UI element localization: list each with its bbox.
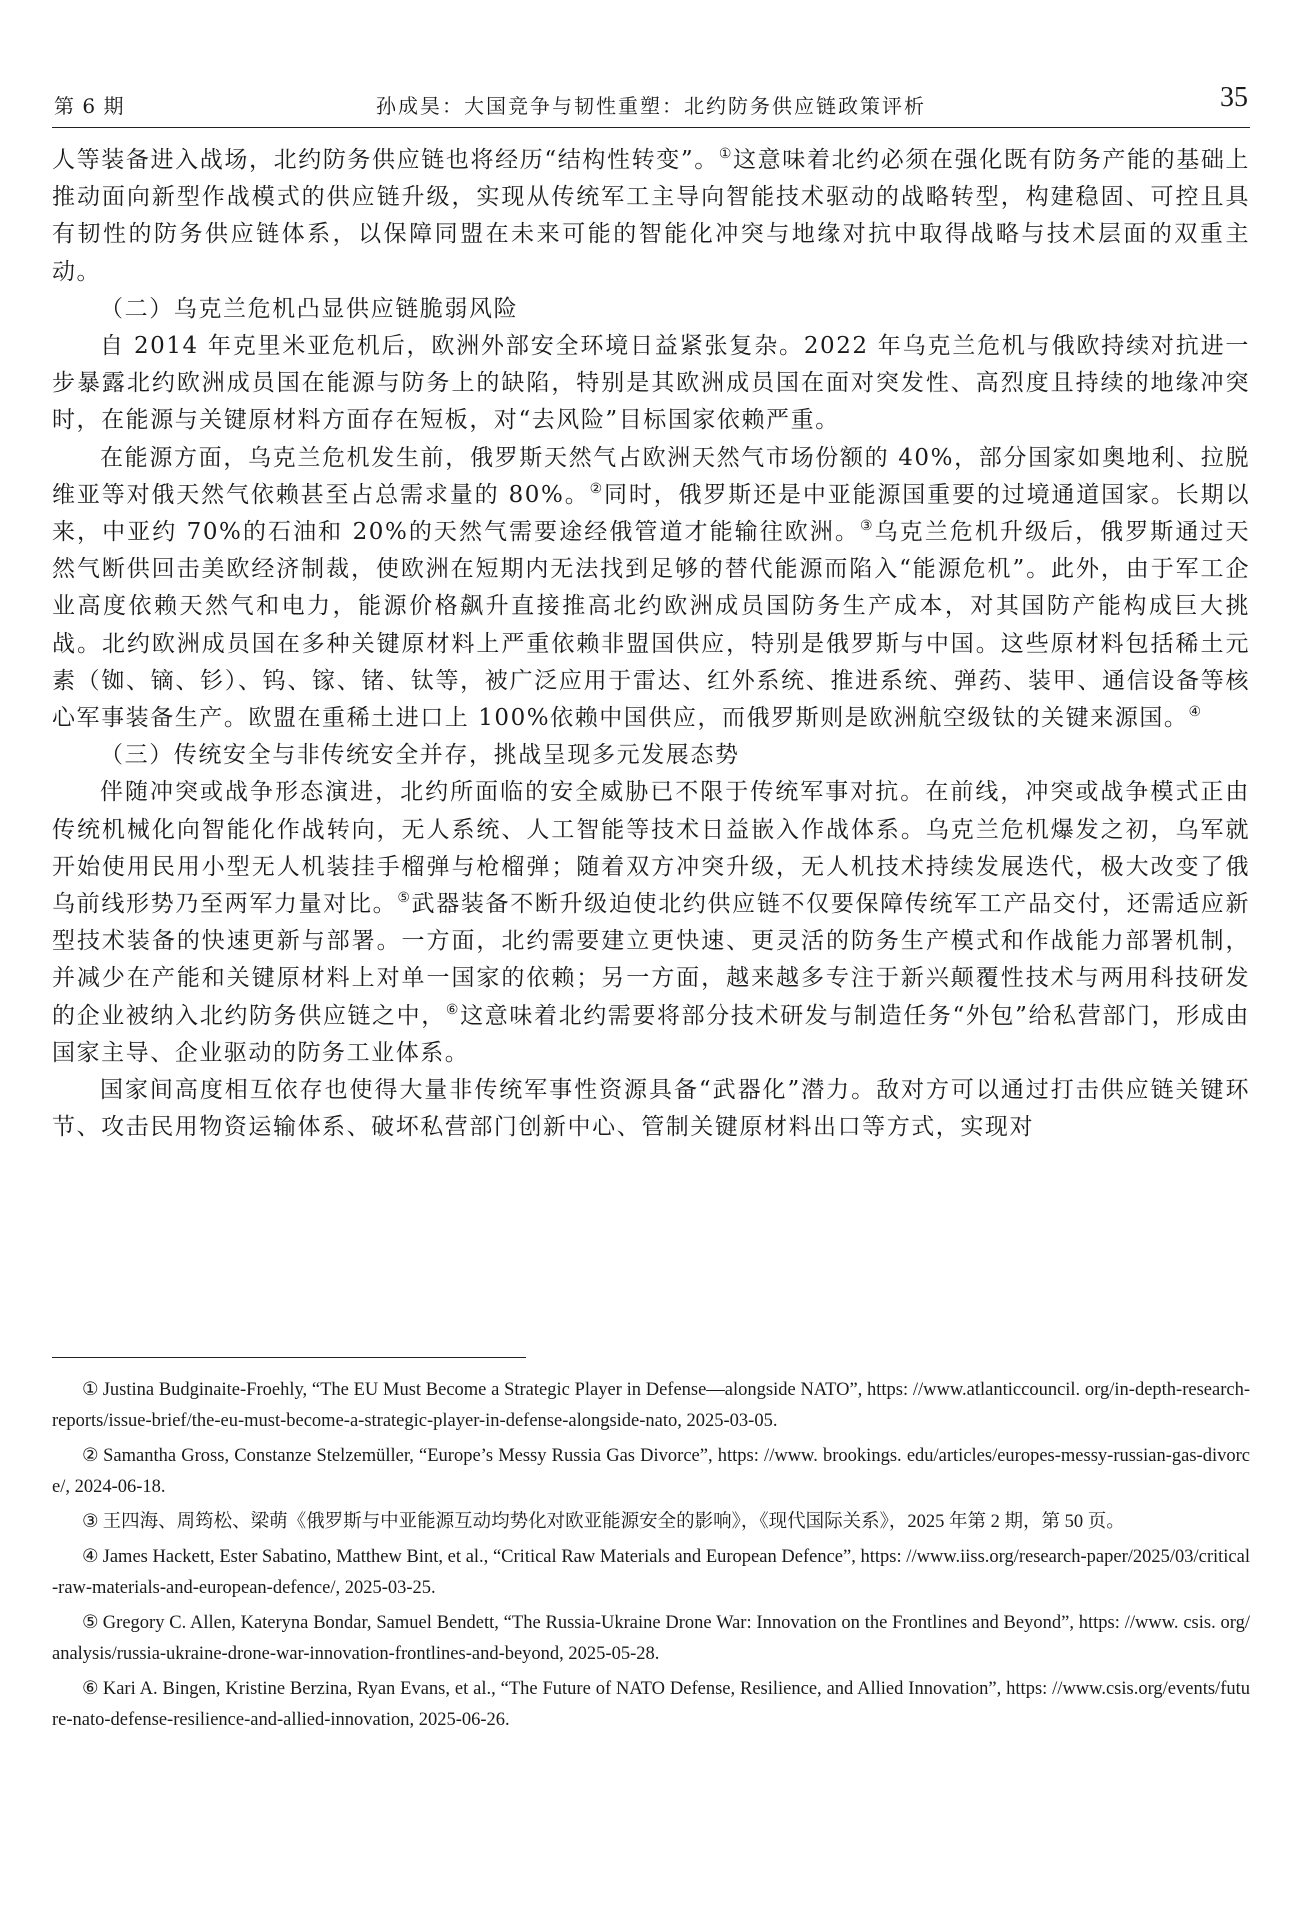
footnote-3: ③王四海、周筠松、梁萌《俄罗斯与中亚能源互动均势化对欧亚能源安全的影响》，《现代… — [52, 1507, 1250, 1538]
running-header: 第 6 期 孙成昊：大国竞争与韧性重塑：北约防务供应链政策评析 35 — [52, 82, 1250, 126]
footnote-ref-1[interactable]: ① — [719, 146, 733, 162]
running-title: 孙成昊：大国竞争与韧性重塑：北约防务供应链政策评析 — [52, 90, 1250, 119]
footnote-ref-5[interactable]: ⑤ — [397, 890, 411, 906]
footnote-ref-3[interactable]: ③ — [860, 518, 875, 534]
footnotes: ①Justina Budginaite-Froehly, “The EU Mus… — [52, 1375, 1250, 1740]
footnote-6: ⑥Kari A. Bingen, Kristine Berzina, Ryan … — [52, 1674, 1250, 1736]
footnote-ref-4[interactable]: ④ — [1188, 704, 1202, 720]
paragraph-interdependence: 国家间高度相互依存也使得大量非传统军事性资源具备“武器化”潜力。敌对方可以通过打… — [52, 1072, 1250, 1146]
section-heading-2: （二）乌克兰危机凸显供应链脆弱风险 — [52, 291, 1250, 328]
footnote-ref-6[interactable]: ⑥ — [446, 1002, 460, 1018]
footnote-5: ⑤Gregory C. Allen, Kateryna Bondar, Samu… — [52, 1608, 1250, 1670]
page-number: 35 — [1220, 82, 1248, 114]
header-rule — [52, 127, 1250, 128]
section-heading-3: （三）传统安全与非传统安全并存，挑战呈现多元发展态势 — [52, 737, 1250, 774]
paragraph-energy: 在能源方面，乌克兰危机发生前，俄罗斯天然气占欧洲天然气市场份额的 40%，部分国… — [52, 440, 1250, 738]
footnote-4: ④James Hackett, Ester Sabatino, Matthew … — [52, 1542, 1250, 1604]
article-body: 人等装备进入战场，北约防务供应链也将经历“结构性转变”。①这意味着北约必须在强化… — [52, 142, 1250, 1146]
paragraph-crimea: 自 2014 年克里米亚危机后，欧洲外部安全环境日益紧张复杂。2022 年乌克兰… — [52, 328, 1250, 440]
footnote-rule — [52, 1357, 526, 1358]
paragraph-security: 伴随冲突或战争形态演进，北约所面临的安全威胁已不限于传统军事对抗。在前线，冲突或… — [52, 774, 1250, 1072]
footnote-1: ①Justina Budginaite-Froehly, “The EU Mus… — [52, 1375, 1250, 1437]
footnote-ref-2[interactable]: ② — [590, 481, 604, 497]
paragraph-continued: 人等装备进入战场，北约防务供应链也将经历“结构性转变”。①这意味着北约必须在强化… — [52, 142, 1250, 291]
footnote-2: ②Samantha Gross, Constanze Stelzemüller,… — [52, 1441, 1250, 1503]
